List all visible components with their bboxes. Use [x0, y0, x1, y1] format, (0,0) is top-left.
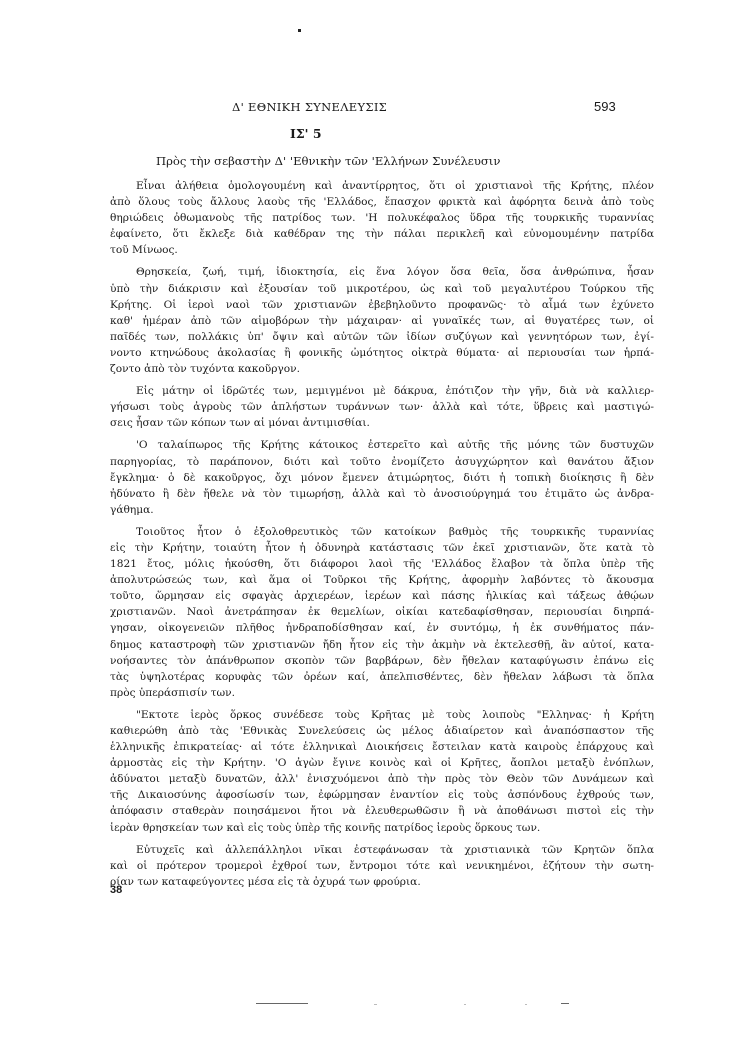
paragraph: Θρησκεία, ζωή, τιμή, ἰδιοκτησία, εἰς ἕνα… [110, 264, 654, 377]
text-line: τὰς ὑψηλοτέρας κορυφὰς τῶν ὀρέων καί, ἀπ… [110, 669, 654, 685]
text-line: ἐφαίνετο, ὅτι ἔκλεξε διὰ καθέδραν της τὴ… [110, 226, 654, 242]
running-head: Δ' ΕΘΝΙΚΗ ΣΥΝΕΛΕΥΣΙΣ 593 [0, 100, 744, 120]
running-title: Δ' ΕΘΝΙΚΗ ΣΥΝΕΛΕΥΣΙΣ [232, 100, 387, 114]
text-line: 'Ο ταλαίπωρος τῆς Κρήτης κάτοικος ἐστερε… [110, 437, 654, 453]
text-line: γήσωσι τοὺς ἀγροὺς τῶν ἀπλήστων τυράννων… [110, 399, 654, 415]
text-line: ἀδύνατοι μεταξὺ δυνατῶν, ἀλλ' ἐνισχυόμεν… [110, 771, 654, 787]
paragraph: "Εκτοτε ἱερὸς ὅρκος συνέδεσε τοὺς Κρῆτας… [110, 707, 654, 836]
section-number: ΙΣ' 5 [290, 126, 322, 141]
paragraph: Εἶναι ἀλήθεια ὁμολογουμένη καὶ ἀναντίρρη… [110, 178, 654, 258]
salutation: Πρὸς τὴν σεβαστὴν Δ' 'Εθνικὴν τῶν 'Ελλήν… [156, 154, 500, 168]
text-line: εἰς τὴν Κρήτην, τοιαύτη ἦτον ἡ ὀδυνηρὰ κ… [110, 540, 654, 556]
bottom-tick [464, 1004, 466, 1005]
text-line: τῆς Δικαιοσύνης ἀφοσίωσίν των, ἐφώρμησαν… [110, 787, 654, 803]
text-line: Εἰς μάτην οἱ ἱδρῶτές των, μεμιγμένοι μὲ … [110, 383, 654, 399]
text-line: Εὐτυχεῖς καὶ ἀλλεπάλληλοι νῖκαι ἐστεφάνω… [110, 842, 654, 858]
text-line: νοήσαντες τὸν ἀπάνθρωπον σκοπὸν τῶν βαρβ… [110, 653, 654, 669]
paragraph: Εἰς μάτην οἱ ἱδρῶτές των, μεμιγμένοι μὲ … [110, 383, 654, 431]
text-line: καθ' ἡμέραν ἀπὸ τῶν αἱμοβόρων τὴν μάχαιρ… [110, 313, 654, 329]
text-line: Εἶναι ἀλήθεια ὁμολογουμένη καὶ ἀναντίρρη… [110, 178, 654, 194]
paragraph: Εὐτυχεῖς καὶ ἀλλεπάλληλοι νῖκαι ἐστεφάνω… [110, 842, 654, 890]
text-line: Τοιοῦτος ἦτον ὁ ἐξολοθρευτικὸς τῶν κατοί… [110, 524, 654, 540]
text-line: Κρήτης. Οἱ ἱεροὶ ναοὶ τῶν χριστιανῶν ἐβε… [110, 297, 654, 313]
text-line: χριστιανῶν. Ναοὶ ἀνετράπησαν ἐκ θεμελίων… [110, 604, 654, 620]
text-line: ἁρμοστὰς εἰς τὴν Κρήτην. 'Ο ἀγὼν ἔγινε κ… [110, 755, 654, 771]
text-line: Θρησκεία, ζωή, τιμή, ἰδιοκτησία, εἰς ἕνα… [110, 264, 654, 280]
text-line: ζοντο ἀπὸ τὸν τυχόντα κακοῦργον. [110, 361, 654, 377]
body-text: Εἶναι ἀλήθεια ὁμολογουμένη καὶ ἀναντίρρη… [110, 178, 654, 896]
text-line: παῖδές των, πολλάκις ὑπ' ὄψιν καὶ αὐτῶν … [110, 329, 654, 345]
text-line: καὶ οἱ πρότερον τρομεροὶ ἐχθροί των, ἔντ… [110, 858, 654, 874]
text-line: ἀπολυτρώσεώς των, καὶ ἅμα οἱ Τοῦρκοι τῆς… [110, 572, 654, 588]
text-line: ἔγκλημα· ὁ δὲ κακοῦργος, ὄχι μόνον ἔμενε… [110, 470, 654, 486]
text-line: γάθημα. [110, 502, 654, 518]
bottom-rule [256, 1003, 308, 1004]
text-line: ἀπόφασιν σταθερὰν ποιησάμενοι ἤτοι νὰ ἐλ… [110, 803, 654, 819]
text-line: δημος καταστροφὴ τῶν χριστιανῶν ἤδη ἦτον… [110, 637, 654, 653]
paragraph: Τοιοῦτος ἦτον ὁ ἐξολοθρευτικὸς τῶν κατοί… [110, 524, 654, 701]
text-line: πρὸς ὑπεράσπισίν των. [110, 685, 654, 701]
text-line: τοῦ Μίνωος. [110, 242, 654, 258]
text-line: τοῦτο, ὥρμησαν εἰς σφαγὰς ἀρχιερέων, ἱερ… [110, 588, 654, 604]
text-line: ὑπὸ τὴν διάκρισιν καὶ ἐξουσίαν τοῦ μικρο… [110, 281, 654, 297]
signature-mark: 38 [110, 884, 122, 896]
paragraph: 'Ο ταλαίπωρος τῆς Κρήτης κάτοικος ἐστερε… [110, 437, 654, 517]
bottom-tick [525, 1004, 527, 1005]
text-line: ρίαν των καταφεύγοντες μέσα εἰς τὰ ὀχυρά… [110, 874, 654, 890]
text-line: παρηγορίας, τὸ παράπονον, διότι καὶ τοῦτ… [110, 454, 654, 470]
bottom-rule [561, 1003, 569, 1004]
text-line: ἀπὸ ὅλους τοὺς ἄλλους λαοὺς τῆς 'Ελλάδος… [110, 194, 654, 210]
text-line: "Εκτοτε ἱερὸς ὅρκος συνέδεσε τοὺς Κρῆτας… [110, 707, 654, 723]
text-line: ἠδύνατο ἢ δὲν ἤθελε νὰ τὸν τιμωρήσῃ, ἀλλ… [110, 486, 654, 502]
bottom-tick [374, 1004, 377, 1005]
text-line: γησαν, οἰκογενειῶν πλῆθος ἠνδραποδίσθησα… [110, 620, 654, 636]
text-line: 1821 ἔτος, μόλις ἠκούσθη, ὅτι διάφοροι λ… [110, 556, 654, 572]
text-line: καθιερώθη ἀπὸ τὰς 'Εθνικὰς Συνελεύσεις ὡ… [110, 723, 654, 739]
text-line: σεις ἦσαν τῶν κόπων των αἱ μόναι ἀντιμισ… [110, 415, 654, 431]
text-line: νοντο κτηνώδους ἀκολασίας ἢ φονικῆς ὠμότ… [110, 345, 654, 361]
text-line: ἑλληνικῆς ἐπικρατείας· αἱ τότε ἑλληνικαὶ… [110, 739, 654, 755]
page-number: 593 [594, 99, 616, 114]
scan-speck [298, 29, 301, 32]
text-line: ἱερὰν θρησκείαν των καὶ εἰς τοὺς ὑπὲρ τῆ… [110, 820, 654, 836]
text-line: θηριώδεις ὀθωμανοὺς τῆς πατρίδος των. 'Η… [110, 210, 654, 226]
